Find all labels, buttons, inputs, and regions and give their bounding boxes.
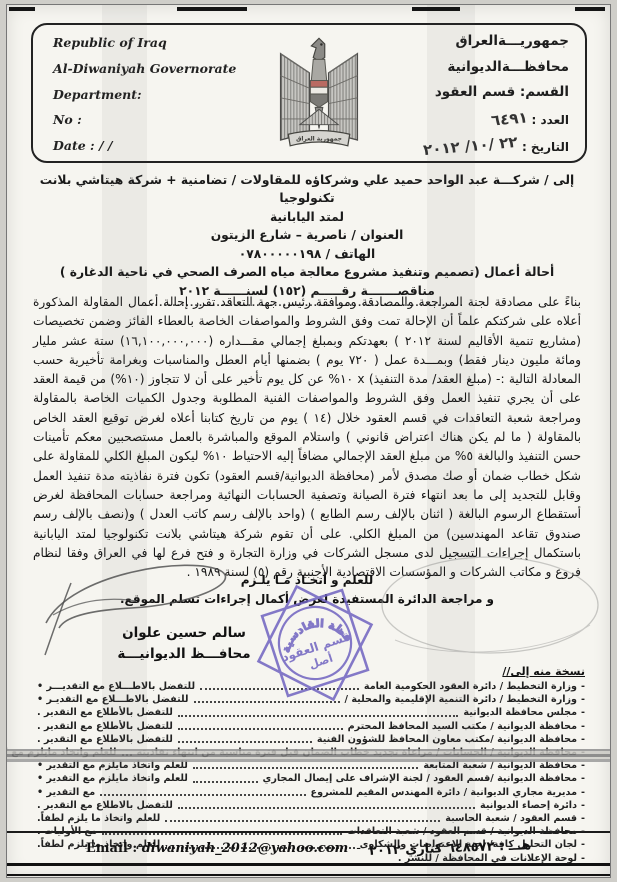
number-label-ar: العدد : [532, 113, 569, 127]
cc-action-note: للتفضل بالاطلاع مع التقدير . [37, 799, 173, 812]
signatory-block: سالم حسين علوان محافـــظ الديوانيـــة [99, 623, 269, 665]
cc-action-note: للعلم واتخاذ ما يلزم لطفاً. [37, 812, 160, 825]
email-label: Email : [86, 841, 137, 856]
dotted-leader [193, 781, 258, 783]
cc-department: قسم العقود / شعبة الحاسبة [445, 812, 577, 825]
section-ar: القسم: قسم العقود [384, 84, 569, 100]
date-label-ar: التاريخ : [522, 140, 569, 154]
pen-ellipse-mark [375, 545, 605, 665]
cc-department: محافظة الديوانية /مكتب معاون المحافظ للش… [317, 733, 577, 746]
addressee-line2: لمتد اليابانية [31, 208, 583, 226]
department-label-en: Department: [53, 87, 253, 102]
document-number-line: العدد : ٦٤٩١ [384, 110, 569, 128]
cc-department: دائرة إحصاء الديوانية [480, 799, 577, 812]
addressee-line1: إلى / شركـــة عبد الواحد حميد علي وشركاؤ… [31, 171, 583, 208]
cc-bullet: - [581, 680, 585, 693]
document-number-handwritten: ٦٤٩١ [490, 108, 528, 129]
cc-department: محافظة الديوانية /قسم العقود / لجنة الإش… [263, 772, 577, 785]
letterhead: Republic of Iraq Al-Diwaniyah Governorat… [31, 23, 587, 163]
cc-action-note: مع التقدير • [37, 786, 95, 799]
signatory-title: محافـــظ الديوانيـــة [99, 644, 269, 665]
cc-department: محافظة الديوانية / الحسابات / مراعاة تجد… [137, 746, 577, 759]
cc-list-item: - محافظة الديوانية /مكتب معاون المحافظ ل… [37, 733, 585, 746]
cc-list-item: - قسم العقود / شعبة الحاسبة للعلم واتخاذ… [37, 812, 585, 825]
cc-action-note: للتفضل بالاطـــلاع مع التقديـر • [37, 693, 189, 706]
email-address: diwaniyah_2012@yahoo.com [142, 841, 349, 856]
governorate-en: Al-Diwaniyah Governorate [53, 61, 253, 76]
cc-action-note: للعلم واتخاذ مايلزم مع التقدير • [37, 759, 188, 772]
governorate-ar: محافظـــةالديوانية [384, 59, 569, 75]
cc-bullet: - [581, 720, 585, 733]
email-line: Email : diwaniyah_2012@yahoo.com [86, 841, 348, 856]
cc-bullet: - [581, 693, 585, 706]
scan-edge-mark [177, 7, 247, 11]
country-en: Republic of Iraq [53, 35, 253, 50]
signatory-name: سالم حسين علوان [99, 623, 269, 644]
cc-department: محافظة الديوانية / قسم العقود / شعبة الت… [347, 825, 577, 838]
cc-action-note: للتفضل بالاطلاع مع التقدير . [37, 733, 173, 746]
country-ar: جمهوريـــةالعراق [384, 33, 569, 49]
cc-department: محافظة الديوانية / شعبة المتابعة [423, 759, 577, 772]
cc-bullet: - [581, 733, 585, 746]
cc-bullet: - [581, 825, 585, 838]
cc-action-note: للعلم واتخاذ مايلزم مع التقدير • [37, 772, 188, 785]
cc-bullet: - [581, 812, 585, 825]
cc-department: مجلس محافظة الديوانية [463, 706, 577, 719]
official-stamp: محافظة القادسية قسم العقود أصل [245, 573, 385, 713]
number-label-en: No : [53, 112, 253, 127]
cc-action-note: للعلم واتخاذ مايلزم مع التقدير • [6, 746, 117, 759]
addressee-address: العنوان / ناصرية – شارع الزيتون [31, 226, 583, 244]
dotted-leader [165, 820, 440, 822]
cc-action-note: للتفضل بالاطـــلاع مع التقديـــر • [37, 680, 195, 693]
cc-list-item: - محافظة الديوانية /قسم العقود / لجنة ال… [37, 772, 585, 785]
dotted-leader [178, 807, 475, 809]
cc-list-item: - محافظة الديوانية / مكتب السيد المحافظ … [37, 720, 585, 733]
cc-bullet: - [581, 799, 585, 812]
scanned-document-page: { "header": { "english": { "line1": "Rep… [0, 0, 617, 882]
letterhead-english: Republic of Iraq Al-Diwaniyah Governorat… [33, 25, 253, 161]
document-date-handwritten: ٢٢ /١٠/ ٢٠١٢ [422, 133, 518, 159]
cc-department: وزارة التخطيط / دائرة العقود الحكومية ال… [364, 680, 577, 693]
cc-action-note: للتفضل بالأطلاع مع التقدير . [37, 706, 173, 719]
phone-note-handwritten: هـــ : ٦٤٨٥٧٢ كناري ٢٠١٢ [369, 838, 532, 859]
cc-list-item: - مديرية مجاري الديوانية / دائرة المهندس… [37, 786, 585, 799]
dotted-leader [122, 754, 132, 756]
addressee-block: إلى / شركـــة عبد الواحد حميد علي وشركاؤ… [31, 171, 583, 308]
dotted-leader [178, 715, 459, 717]
dotted-leader [102, 833, 342, 835]
scan-edge-mark [575, 7, 605, 11]
cc-list-item: - محافظة الديوانية / قسم العقود / شعبة ا… [37, 825, 585, 838]
cc-action-note: مع الأوليات . [37, 825, 97, 838]
dotted-leader [193, 767, 418, 769]
cc-department: محافظة الديوانية / مكتب السيد المحافظ ال… [348, 720, 577, 733]
addressee-phone: الهاتف / ٠٧٨٠٠٠٠٠١٩٨ [31, 245, 583, 263]
document-page: Republic of Iraq Al-Diwaniyah Governorat… [6, 4, 611, 878]
date-label-en: Date : / / [53, 138, 253, 153]
cc-list-item: - محافظة الديوانية / الحسابات / مراعاة ت… [37, 746, 585, 759]
dotted-leader [100, 794, 305, 796]
cc-bullet: - [581, 706, 585, 719]
footer-line: Email : diwaniyah_2012@yahoo.com - هـــ … [7, 841, 610, 856]
cc-bullet: - [581, 772, 585, 785]
cc-bullet: - [581, 786, 585, 799]
emblem-banner-text: جمهورية العراق [296, 136, 342, 143]
iraq-eagle-emblem: جمهورية العراق [264, 25, 374, 161]
scan-edge-mark [412, 7, 460, 11]
cc-department: مديرية مجاري الديوانية / دائرة المهندس ا… [311, 786, 577, 799]
cc-list-item: - دائرة إحصاء الديوانية للتفضل بالاطلاع … [37, 799, 585, 812]
dotted-leader [178, 741, 312, 743]
cc-bullet: - [581, 746, 585, 759]
page-bottom-border [7, 863, 610, 876]
scan-edge-mark [9, 7, 35, 11]
cc-bullet: - [581, 759, 585, 772]
eagle-icon: جمهورية العراق [271, 32, 367, 154]
dotted-leader [178, 728, 343, 730]
document-date-line: التاريخ : ٢٢ /١٠/ ٢٠١٢ [384, 137, 569, 155]
cc-action-note: للتفضل بالأطلاع مع التقدير . [37, 720, 173, 733]
letter-body: بناءً على مصادقة لجنة المراجعة والمصادقة… [33, 293, 581, 582]
cc-list-item: - محافظة الديوانية / شعبة المتابعة للعلم… [37, 759, 585, 772]
subject-line: أحالة أعمال (تصميم وتنفيذ مشروع معالجة م… [31, 263, 583, 281]
footer-separator: - [356, 841, 361, 856]
letterhead-arabic: جمهوريـــةالعراق محافظـــةالديوانية القس… [384, 25, 585, 161]
